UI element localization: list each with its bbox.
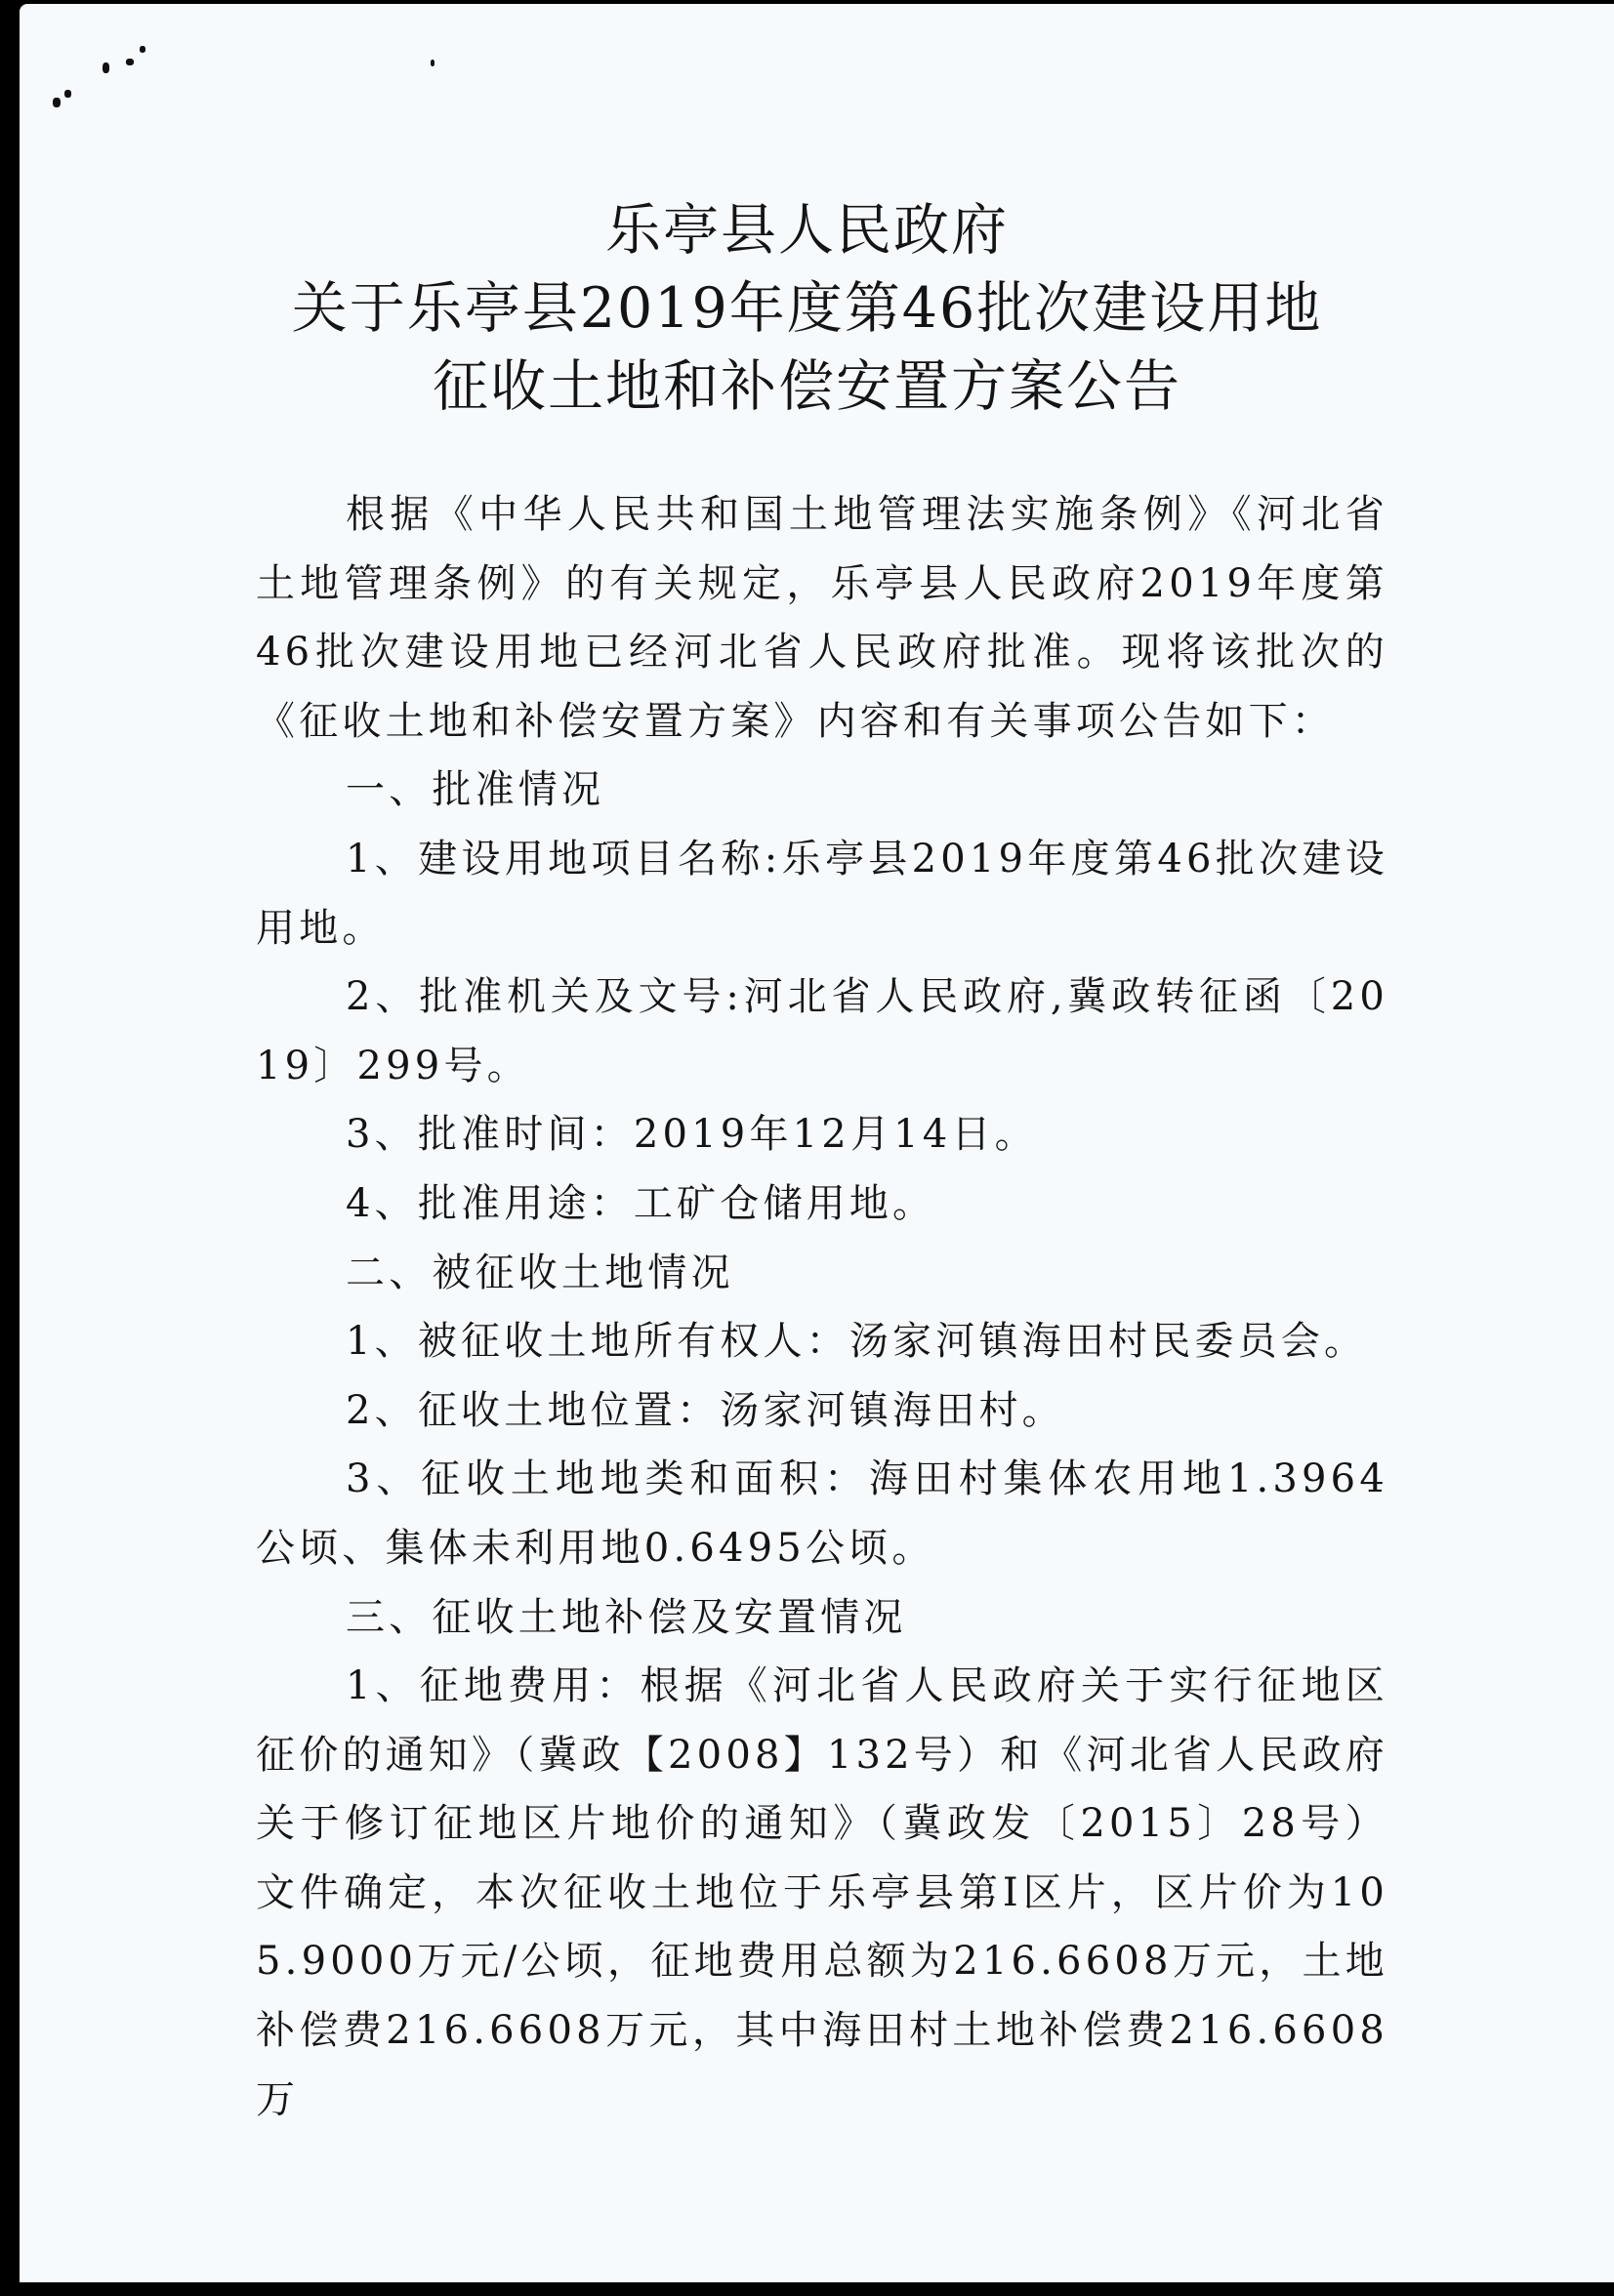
scan-speck xyxy=(431,60,435,66)
intro-paragraph: 根据《中华人民共和国土地管理法实施条例》《河北省土地管理条例》的有关规定，乐亭县… xyxy=(256,480,1388,756)
scan-speck xyxy=(53,98,61,107)
document-title: 乐亭县人民政府 关于乐亭县2019年度第46批次建设用地 征收土地和补偿安置方案… xyxy=(0,191,1614,426)
land-item-location: 2、征收土地位置：汤家河镇海田村。 xyxy=(256,1376,1388,1446)
section-heading-land: 二、被征收土地情况 xyxy=(256,1239,1388,1308)
title-line-subject: 关于乐亭县2019年度第46批次建设用地 xyxy=(0,269,1614,348)
approval-item-date: 3、批准时间：2019年12月14日。 xyxy=(256,1100,1388,1169)
scan-speck xyxy=(126,59,134,65)
land-item-area: 3、征收土地地类和面积：海田村集体农用地1.3964公顷、集体未利用地0.649… xyxy=(256,1445,1388,1582)
scan-speck xyxy=(64,90,71,98)
scan-speck xyxy=(103,62,109,73)
compensation-item-fees: 1、征地费用：根据《河北省人民政府关于实行征地区征价的通知》（冀政【2008】1… xyxy=(256,1652,1388,2134)
document-body: 根据《中华人民共和国土地管理法实施条例》《河北省土地管理条例》的有关规定，乐亭县… xyxy=(256,480,1388,2134)
land-item-owner: 1、被征收土地所有权人：汤家河镇海田村民委员会。 xyxy=(256,1307,1388,1376)
title-line-issuer: 乐亭县人民政府 xyxy=(0,191,1614,269)
approval-item-usage: 4、批准用途：工矿仓储用地。 xyxy=(256,1169,1388,1239)
approval-item-authority: 2、批准机关及文号:河北省人民政府,冀政转征函〔2019〕299号。 xyxy=(256,963,1388,1100)
approval-item-project-name: 1、建设用地项目名称:乐亭县2019年度第46批次建设用地。 xyxy=(256,825,1388,963)
section-heading-approval: 一、批准情况 xyxy=(256,756,1388,825)
title-line-subject-cont: 征收土地和补偿安置方案公告 xyxy=(0,348,1614,426)
section-heading-compensation: 三、征收土地补偿及安置情况 xyxy=(256,1583,1388,1653)
scan-speck xyxy=(140,46,145,53)
